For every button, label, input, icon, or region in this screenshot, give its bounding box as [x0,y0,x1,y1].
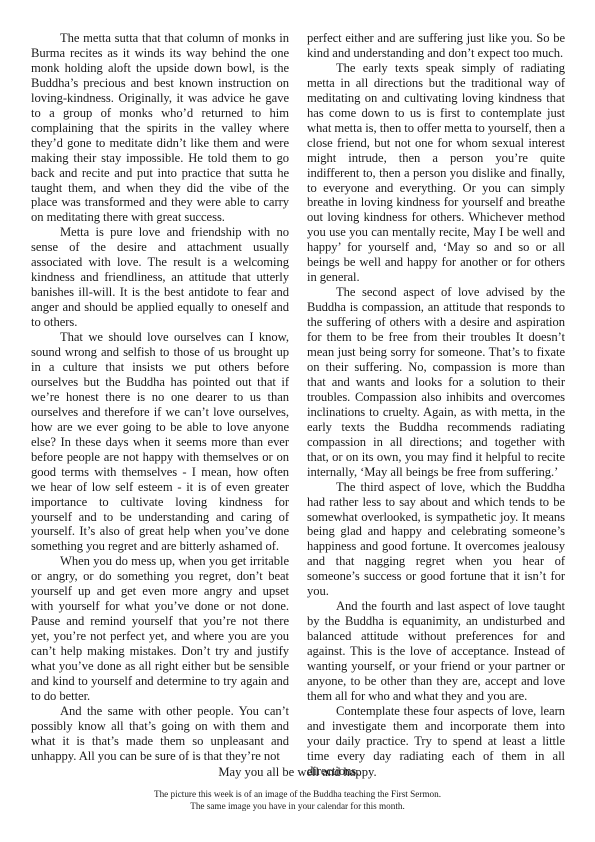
right-column: perfect either and are suffering just li… [307,31,565,779]
document-page: The metta sutta that that column of monk… [0,0,595,842]
paragraph-other-people: And the same with other people. You can’… [31,704,289,764]
paragraph-compassion: The second aspect of love advised by the… [307,285,565,479]
closing-blessing: May you all be well and happy. [0,765,595,780]
paragraph-metta-sutta: The metta sutta that that column of monk… [31,31,289,225]
caption-line-2: The same image you have in your calendar… [0,801,595,813]
two-column-body: The metta sutta that that column of monk… [31,31,565,779]
picture-caption: The picture this week is of an image of … [0,789,595,812]
paragraph-metta-definition: Metta is pure love and friendship with n… [31,225,289,330]
paragraph-mess-up: When you do mess up, when you get irrita… [31,554,289,704]
left-column: The metta sutta that that column of monk… [31,31,289,779]
paragraph-love-ourselves: That we should love ourselves can I know… [31,330,289,554]
paragraph-early-texts: The early texts speak simply of radiatin… [307,61,565,285]
paragraph-equanimity: And the fourth and last aspect of love t… [307,599,565,704]
paragraph-sympathetic-joy: The third aspect of love, which the Budd… [307,480,565,600]
caption-line-1: The picture this week is of an image of … [0,789,595,801]
paragraph-continuation: perfect either and are suffering just li… [307,31,565,61]
